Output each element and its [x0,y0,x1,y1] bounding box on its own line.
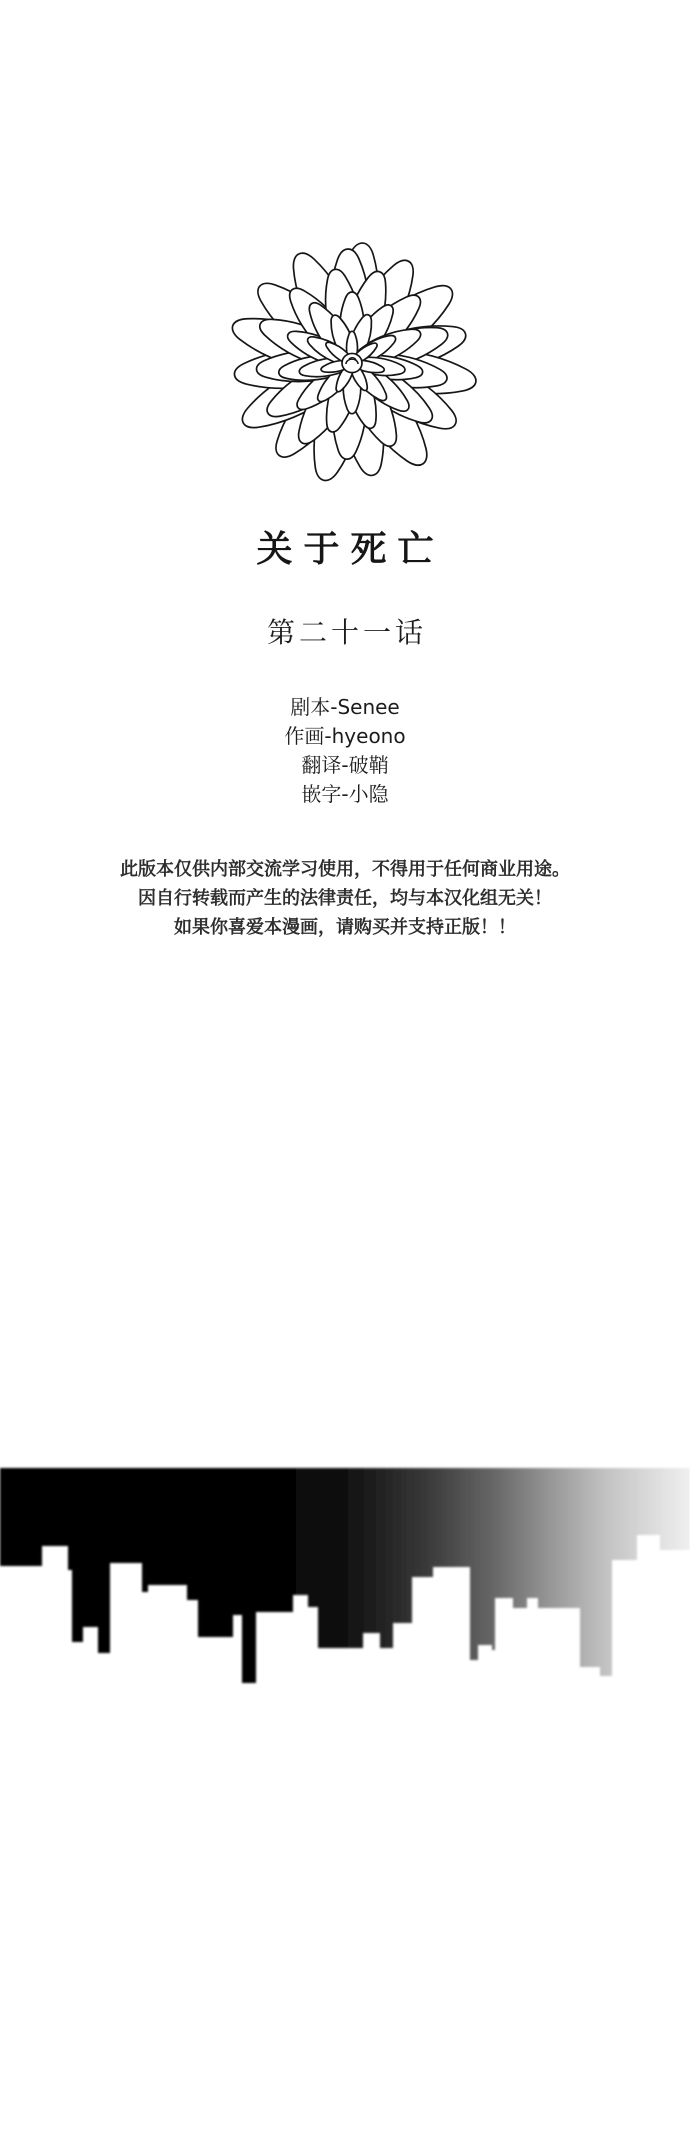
disclaimer-text: 此版本仅供内部交流学习使用，不得用于任何商业用途。 因自行转载而产生的法律责任，… [0,855,690,942]
city-skyline-illustration [0,1462,690,1694]
disclaimer-line-2: 因自行转载而产生的法律责任，均与本汉化组无关！ [0,884,690,913]
chapter-number: 第二十一话 [0,611,690,651]
credit-translation: 翻译-破鞘 [0,751,690,780]
night-sky-silhouette [0,1468,690,1683]
flower-center [342,353,362,372]
chrysanthemum-illustration [214,237,490,489]
credits-list: 剧本-Senee 作画-hyeono 翻译-破鞘 嵌字-小隐 [0,693,690,809]
credit-typesetting: 嵌字-小隐 [0,780,690,809]
series-title: 关于死亡 [0,521,690,572]
flower-petals [226,241,479,484]
disclaimer-line-3: 如果你喜爱本漫画，请购买并支持正版！！ [0,913,690,942]
credit-art: 作画-hyeono [0,722,690,751]
credit-script: 剧本-Senee [0,693,690,722]
manga-credits-page: 关于死亡 第二十一话 剧本-Senee 作画-hyeono 翻译-破鞘 嵌字-小… [0,0,690,2150]
disclaimer-line-1: 此版本仅供内部交流学习使用，不得用于任何商业用途。 [0,855,690,884]
